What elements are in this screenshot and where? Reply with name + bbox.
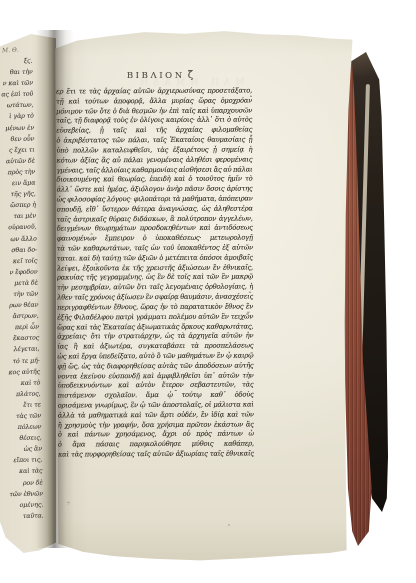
left-page-header-fragment: Μ. Θ. (2, 47, 19, 55)
body-text: ερ ἔτι τε τὰς ἀρχαίας αὐτῶν ἀρχιερωσύνας… (56, 86, 254, 460)
body-line: ὑπὸ πολλῶν καταλειφθεῖσι, τὰς ἐξαιρέτους… (56, 145, 252, 156)
body-line: περιγραφθέντων ἔθνους, ὥρας ἦν τὸ παρατα… (57, 302, 253, 313)
left-page: Μ. Θ. ξϛ.θαι τὴνν καὶ τῶνας ἐπὶ τοῦωτάτω… (0, 33, 56, 553)
body-line: ἀλλὰ τὰ μαθηματικὰ καὶ τῶν ἄρτι οὐδέν, ἓ… (58, 410, 254, 421)
body-line: κότων ἀξίας ἃς αὖ πάλαι γενομέναις ἀληθέ… (56, 155, 252, 166)
left-page-text: ξϛ.θαι τὴνν καὶ τῶνας ἐπὶ τοῦωτάτων,ὶ γὰ… (0, 56, 44, 525)
body-line: ταται. καὶ δὴ ταύτῃ τῶν ἀξιῶν ὁ μετέπειτ… (57, 253, 253, 264)
paper-speck (228, 524, 230, 526)
margin-plus-mark: + (66, 500, 71, 507)
right-page: ΒΙΒΛΙΟΝζ̃ ΜΑΠ ΗΜΑΔΗ ερ ἔτι τε τὰς ἀρχαία… (46, 30, 354, 562)
body-line: ἑξῆς Φιλαδέλφου πατρὶ γράμματι πολέμου α… (57, 312, 253, 323)
body-line: τῇ καὶ τούτων ἀποφορᾷ, ἄλλα μυρίας ὥρας … (56, 96, 252, 107)
body-line: σπουδῇ, εἴθ᾽ ὕστερον θάτερα ἀναγνώσας, ὡ… (57, 204, 253, 215)
body-line: καὶ τὰς πυρφορηθείσας ταῖς αὑτῶν ἀξιωρία… (58, 450, 254, 461)
left-page-line: ταῦτα. (0, 510, 44, 524)
body-line: φῇ ὥς, ὡς τὰς διαφορηθείσας αὐτὰς τῶν ἀπ… (57, 361, 253, 372)
